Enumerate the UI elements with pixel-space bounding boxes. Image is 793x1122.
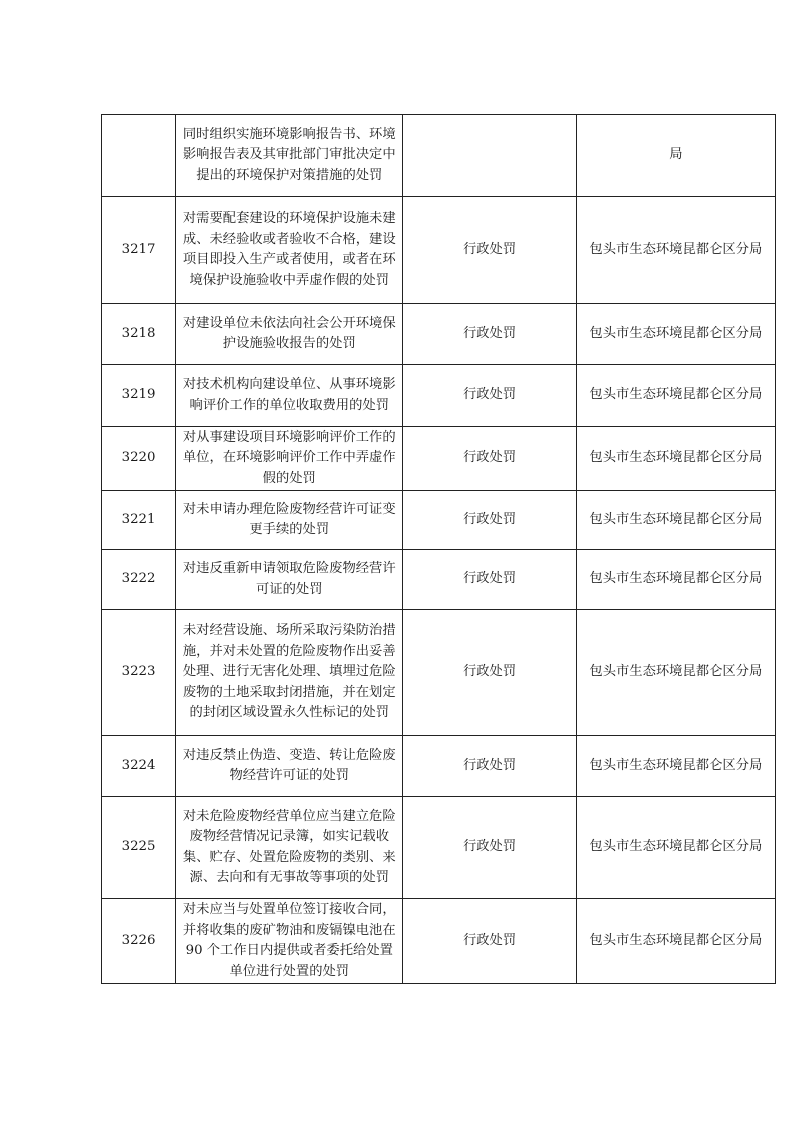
- item-type: 行政处罚: [403, 365, 576, 427]
- item-number: 3223: [102, 610, 176, 736]
- item-type: 行政处罚: [403, 550, 576, 610]
- table-row: 同时组织实施环境影响报告书、环境影响报告表及其审批部门审批决定中提出的环境保护对…: [102, 115, 776, 197]
- item-department: 包头市生态环境昆都仑区分局: [576, 610, 775, 736]
- item-type: 行政处罚: [403, 610, 576, 736]
- penalty-table-body: 同时组织实施环境影响报告书、环境影响报告表及其审批部门审批决定中提出的环境保护对…: [102, 115, 776, 984]
- table-row: 3221 对未申请办理危险废物经营许可证变更手续的处罚 行政处罚 包头市生态环境…: [102, 491, 776, 550]
- item-department: 包头市生态环境昆都仑区分局: [576, 736, 775, 797]
- table-row: 3223 未对经营设施、场所采取污染防治措施，并对未处置的危险废物作出妥善处理、…: [102, 610, 776, 736]
- item-number: 3220: [102, 427, 176, 491]
- item-department: 包头市生态环境昆都仑区分局: [576, 427, 775, 491]
- item-description: 对从事建设项目环境影响评价工作的单位，在环境影响评价工作中弄虚作假的处罚: [176, 427, 403, 491]
- item-type: 行政处罚: [403, 736, 576, 797]
- table-row: 3222 对违反重新申请领取危险废物经营许可证的处罚 行政处罚 包头市生态环境昆…: [102, 550, 776, 610]
- item-department: 包头市生态环境昆都仑区分局: [576, 550, 775, 610]
- item-department: 局: [576, 115, 775, 197]
- item-department: 包头市生态环境昆都仑区分局: [576, 899, 775, 984]
- item-department: 包头市生态环境昆都仑区分局: [576, 797, 775, 899]
- item-description: 对建设单位未依法向社会公开环境保护设施验收报告的处罚: [176, 304, 403, 365]
- item-type: 行政处罚: [403, 899, 576, 984]
- item-number: 3225: [102, 797, 176, 899]
- item-type: 行政处罚: [403, 197, 576, 304]
- item-number: 3221: [102, 491, 176, 550]
- table-row: 3225 对未危险废物经营单位应当建立危险废物经营情况记录簿，如实记载收集、贮存…: [102, 797, 776, 899]
- item-department: 包头市生态环境昆都仑区分局: [576, 197, 775, 304]
- item-description: 对需要配套建设的环境保护设施未建成、未经验收或者验收不合格，建设项目即投入生产或…: [176, 197, 403, 304]
- item-type: 行政处罚: [403, 427, 576, 491]
- item-number: 3219: [102, 365, 176, 427]
- item-number: 3224: [102, 736, 176, 797]
- item-type: 行政处罚: [403, 491, 576, 550]
- table-row: 3219 对技术机构向建设单位、从事环境影响评价工作的单位收取费用的处罚 行政处…: [102, 365, 776, 427]
- item-type: 行政处罚: [403, 304, 576, 365]
- table-row: 3218 对建设单位未依法向社会公开环境保护设施验收报告的处罚 行政处罚 包头市…: [102, 304, 776, 365]
- item-description: 同时组织实施环境影响报告书、环境影响报告表及其审批部门审批决定中提出的环境保护对…: [176, 115, 403, 197]
- table-row: 3226 对未应当与处置单位签订接收合同，并将收集的废矿物油和废镉镍电池在 90…: [102, 899, 776, 984]
- item-number: 3222: [102, 550, 176, 610]
- table-row: 3217 对需要配套建设的环境保护设施未建成、未经验收或者验收不合格，建设项目即…: [102, 197, 776, 304]
- penalty-table: 同时组织实施环境影响报告书、环境影响报告表及其审批部门审批决定中提出的环境保护对…: [101, 114, 776, 984]
- item-department: 包头市生态环境昆都仑区分局: [576, 491, 775, 550]
- item-number: [102, 115, 176, 197]
- table-row: 3220 对从事建设项目环境影响评价工作的单位，在环境影响评价工作中弄虚作假的处…: [102, 427, 776, 491]
- item-number: 3226: [102, 899, 176, 984]
- item-description: 对未应当与处置单位签订接收合同，并将收集的废矿物油和废镉镍电池在 90 个工作日…: [176, 899, 403, 984]
- item-type: [403, 115, 576, 197]
- item-description: 未对经营设施、场所采取污染防治措施，并对未处置的危险废物作出妥善处理、进行无害化…: [176, 610, 403, 736]
- item-description: 对未申请办理危险废物经营许可证变更手续的处罚: [176, 491, 403, 550]
- item-description: 对违反重新申请领取危险废物经营许可证的处罚: [176, 550, 403, 610]
- item-department: 包头市生态环境昆都仑区分局: [576, 365, 775, 427]
- item-description: 对违反禁止伪造、变造、转让危险废物经营许可证的处罚: [176, 736, 403, 797]
- item-description: 对未危险废物经营单位应当建立危险废物经营情况记录簿，如实记载收集、贮存、处置危险…: [176, 797, 403, 899]
- item-description: 对技术机构向建设单位、从事环境影响评价工作的单位收取费用的处罚: [176, 365, 403, 427]
- table-row: 3224 对违反禁止伪造、变造、转让危险废物经营许可证的处罚 行政处罚 包头市生…: [102, 736, 776, 797]
- item-department: 包头市生态环境昆都仑区分局: [576, 304, 775, 365]
- item-number: 3217: [102, 197, 176, 304]
- item-number: 3218: [102, 304, 176, 365]
- item-type: 行政处罚: [403, 797, 576, 899]
